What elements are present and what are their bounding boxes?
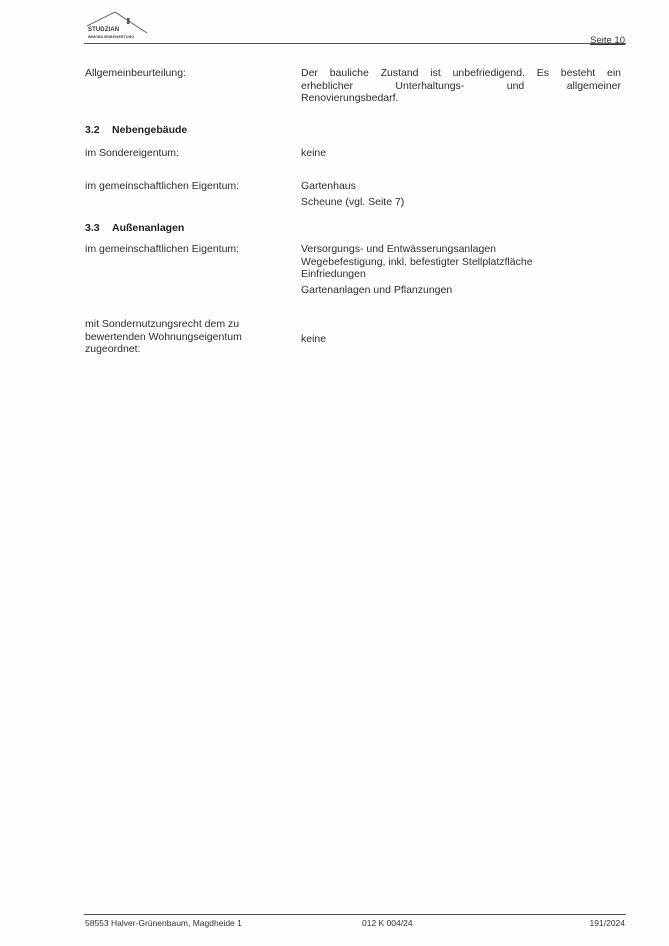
row-label: im gemeinschaftlichen Eigentum:	[85, 180, 285, 193]
page-number: Seite 10	[590, 35, 625, 48]
general-assessment-label: Allgemeinbeurteilung:	[85, 67, 285, 80]
label-line: zugeordnet:	[85, 343, 285, 356]
section-heading-aussenanlagen: 3.3Außenanlagen	[85, 222, 184, 235]
value-line: Wegebefestigung, inkl. befestigter Stell…	[301, 256, 533, 269]
value-line: Scheune (vgl. Seite 7)	[301, 196, 404, 209]
value-line: Versorgungs- und Entwässerungsanlagen	[301, 243, 533, 256]
value-line: Gartenanlagen und Pflanzungen	[301, 284, 533, 297]
row-value: keine	[301, 147, 326, 160]
section-title: Nebengebäude	[112, 124, 187, 136]
general-assessment-text: Der bauliche Zustand ist unbefriedigend.…	[301, 67, 621, 105]
label-line: bewertenden Wohnungseigentum	[85, 331, 285, 344]
section-number: 3.3	[85, 222, 112, 235]
row-value: Gartenhaus Scheune (vgl. Seite 7)	[301, 180, 404, 208]
row-label: im gemeinschaftlichen Eigentum:	[85, 243, 285, 256]
company-logo: STUDZIAN IMMOBILIENBEWERTUNG	[85, 11, 180, 43]
assessment-line: Renovierungsbedarf.	[301, 92, 621, 105]
document-page: STUDZIAN IMMOBILIENBEWERTUNG Seite 10 Al…	[0, 0, 669, 946]
footer-divider	[84, 914, 626, 915]
footer-address: 58553 Halver-Grünenbaum, Magdheide 1	[85, 917, 242, 930]
value-line: keine	[301, 147, 326, 160]
section-title: Außenanlagen	[112, 222, 184, 234]
label-line: mit Sondernutzungsrecht dem zu	[85, 318, 285, 331]
value-line: Gartenhaus	[301, 180, 404, 193]
label-line: im Sondereigentum:	[85, 147, 285, 160]
logo-name: STUDZIAN	[88, 27, 119, 34]
assessment-line: Der bauliche Zustand ist unbefriedigend.…	[301, 67, 621, 80]
assessment-line: erheblicher Unterhaltungs- und allgemein…	[301, 80, 621, 93]
label-line: im gemeinschaftlichen Eigentum:	[85, 243, 285, 256]
header-divider	[84, 43, 626, 44]
label-line: im gemeinschaftlichen Eigentum:	[85, 180, 285, 193]
row-value: Versorgungs- und Entwässerungsanlagen We…	[301, 243, 533, 296]
section-heading-nebengebaeude: 3.2Nebengebäude	[85, 124, 187, 137]
footer-report-number: 191/2024	[590, 917, 625, 930]
footer-case-number: 012 K 004/24	[362, 917, 413, 930]
row-label: mit Sondernutzungsrecht dem zu bewertend…	[85, 318, 285, 356]
value-line: keine	[301, 333, 326, 346]
logo-subtitle: IMMOBILIENBEWERTUNG	[88, 35, 134, 40]
section-number: 3.2	[85, 124, 112, 137]
row-label: im Sondereigentum:	[85, 147, 285, 160]
value-line: Einfriedungen	[301, 268, 533, 281]
row-value: keine	[301, 333, 326, 346]
